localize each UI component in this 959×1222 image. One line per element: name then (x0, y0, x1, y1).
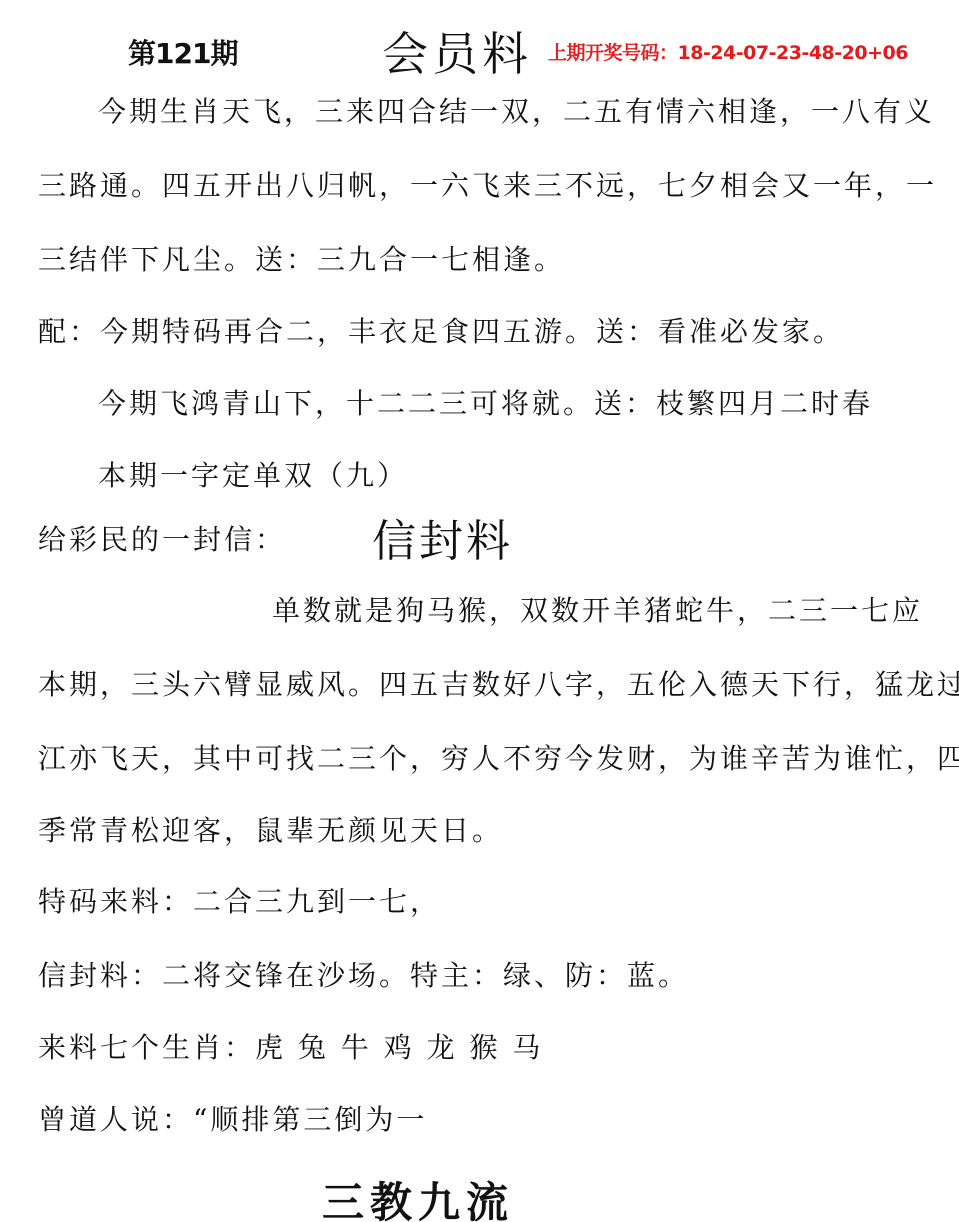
letter-intro: 给彩民的一封信： (38, 518, 286, 558)
member-line-2: 三路通。四五开出八归帆，一六飞来三不远，七夕相会又一年，一 (38, 164, 937, 204)
member-line-1: 今期生肖天飞，三来四合结一双，二五有情六相逢，一八有义 (98, 90, 935, 130)
special-code-line: 特码来料：二合三九到一七， (38, 880, 441, 920)
envelope-line: 信封料：二将交锋在沙场。特主：绿、防：蓝。 (38, 954, 689, 994)
letter-line-3: 江亦飞天，其中可找二三个，穷人不穷今发财，为谁辛苦为谁忙，四 (38, 737, 959, 777)
envelope-title: 信封料 (372, 505, 513, 569)
last-draw-numbers: 18-24-07-23-48-20+06 (678, 42, 908, 64)
member-line-6: 本期一字定单双（九） (98, 454, 408, 494)
footer-title: 三教九流 (322, 1170, 514, 1222)
page-title: 会员料 (382, 18, 532, 84)
letter-line-2: 本期，三头六臂显威风。四五吉数好八字，五伦入德天下行，猛龙过 (38, 663, 959, 703)
last-draw-results: 上期开奖号码：18-24-07-23-48-20+06 (548, 38, 908, 65)
member-line-5: 今期飞鸿青山下，十二二三可将就。送：枝繁四月二时春 (98, 382, 873, 422)
issue-number: 第121期 (128, 32, 237, 72)
saying-line: 曾道人说：“顺排第三倒为一 (38, 1098, 427, 1138)
last-draw-label: 上期开奖号码： (548, 42, 678, 64)
member-line-4: 配：今期特码再合二，丰衣足食四五游。送：看准必发家。 (38, 310, 844, 350)
zodiac-line: 来料七个生肖：虎 兔 牛 鸡 龙 猴 马 (38, 1026, 543, 1066)
letter-line-1: 单数就是狗马猴，双数开羊猪蛇牛，二三一七应 (272, 589, 923, 629)
letter-line-4: 季常青松迎客，鼠辈无颜见天日。 (38, 809, 503, 849)
member-line-3: 三结伴下凡尘。送：三九合一七相逢。 (38, 238, 565, 278)
